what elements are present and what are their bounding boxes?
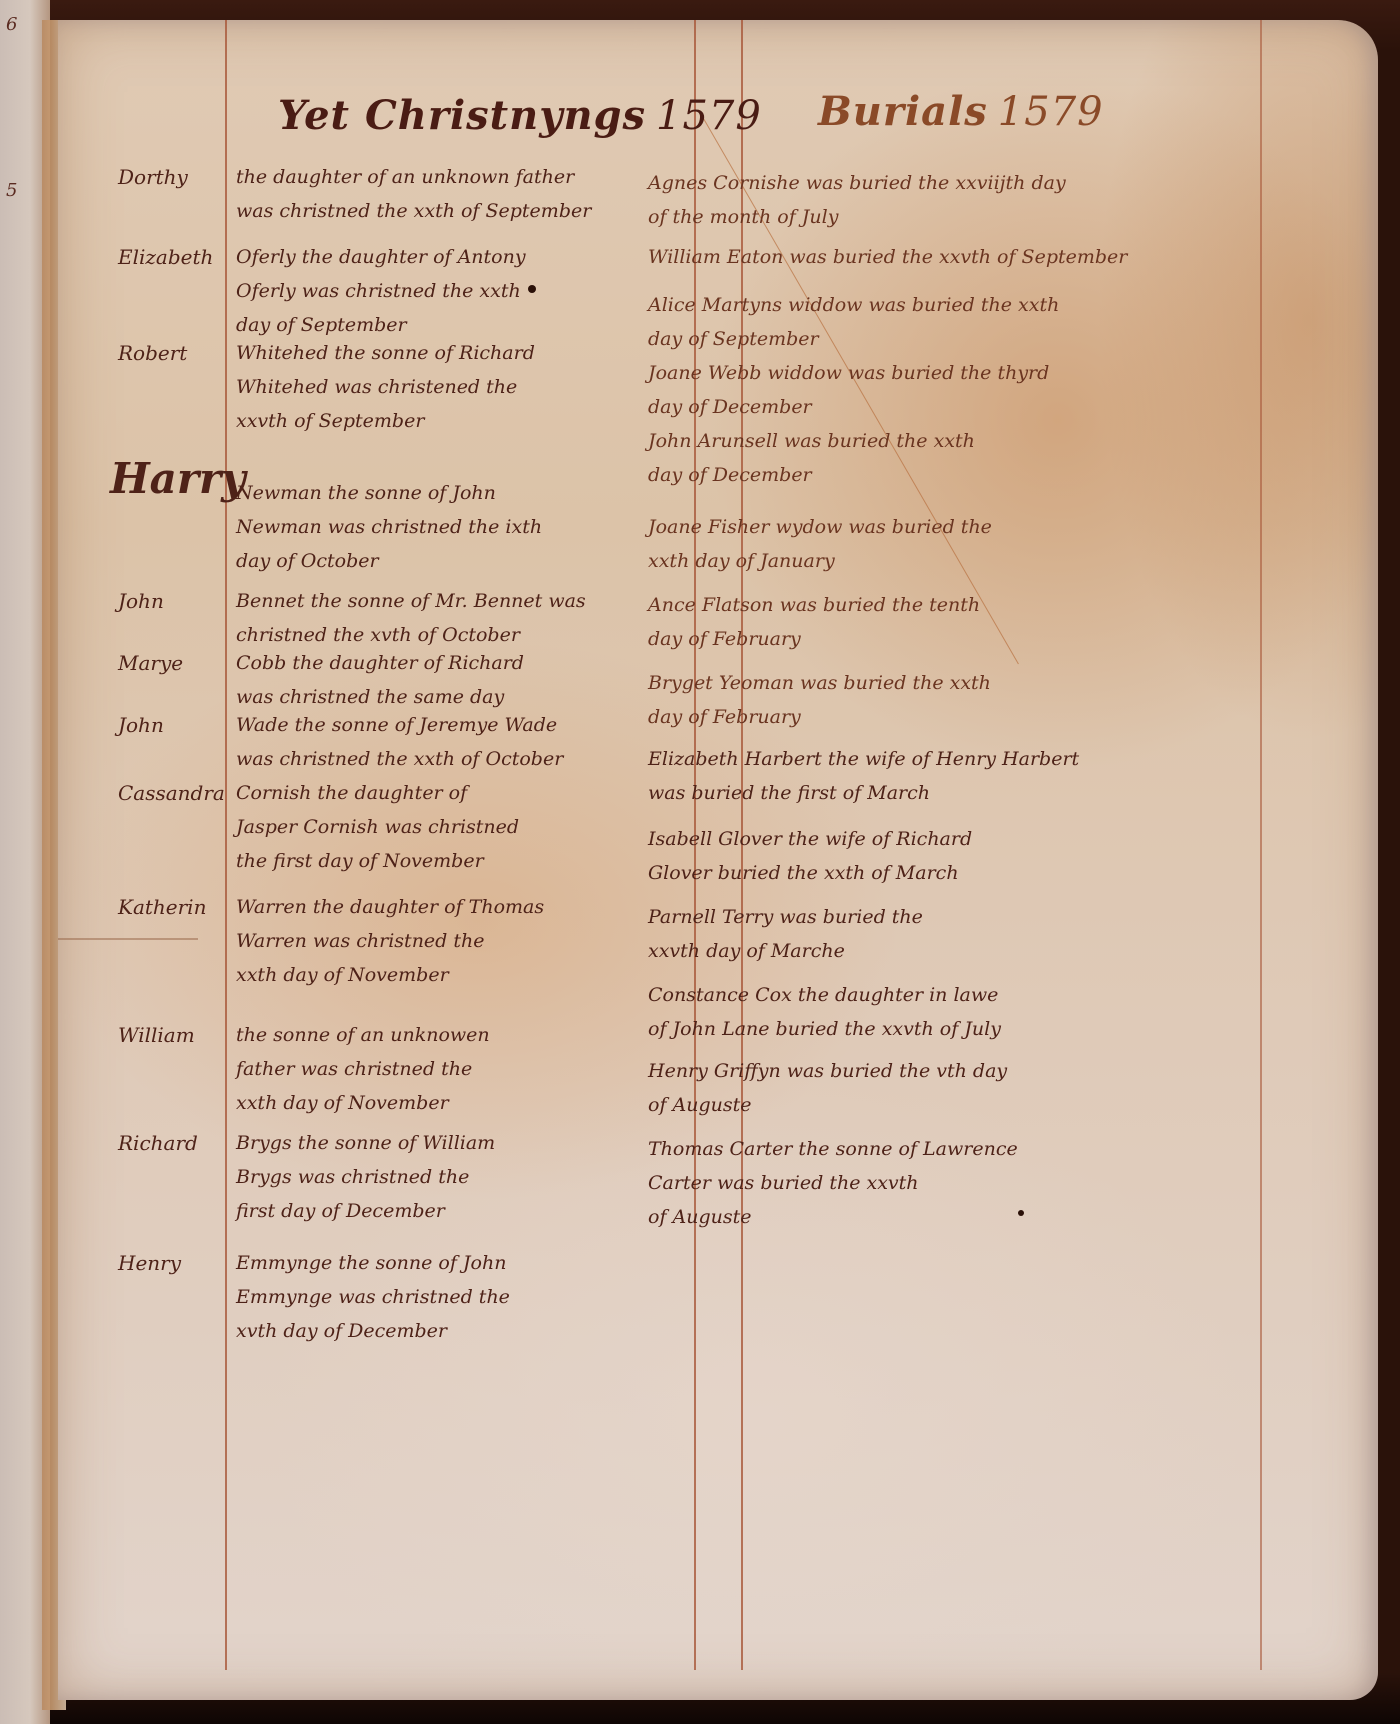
ink-blot: [1018, 1210, 1024, 1216]
given-name: Henry: [118, 1246, 218, 1280]
christenings-heading: Yet Christnyngs1579: [278, 92, 762, 139]
heading-year: 1579: [656, 93, 762, 139]
entry-text: Oferly the daughter of Antony Oferly was…: [236, 240, 676, 342]
given-name: John: [118, 708, 218, 742]
given-name: Robert: [118, 336, 218, 370]
entry-text: Cornish the daughter of Jasper Cornish w…: [236, 776, 676, 878]
entry-text: John Arunsell was buried the xxth day of…: [648, 424, 1168, 492]
heading-prefix: Yet: [278, 92, 350, 139]
entry-text: Bryget Yeoman was buried the xxth day of…: [648, 666, 1168, 734]
entry-text: Henry Griffyn was buried the vth day of …: [648, 1054, 1168, 1122]
given-name: Katherin: [118, 890, 218, 924]
entry-text: Bennet the sonne of Mr. Bennet was chris…: [236, 584, 676, 652]
entry-text: Warren the daughter of Thomas Warren was…: [236, 890, 676, 992]
given-name: John: [118, 584, 218, 618]
entry-text: the sonne of an unknowen father was chri…: [236, 1018, 676, 1120]
given-name: Dorthy: [118, 160, 218, 194]
entry-text: Thomas Carter the sonne of Lawrence Cart…: [648, 1132, 1168, 1234]
entry-text: Emmynge the sonne of John Emmynge was ch…: [236, 1246, 676, 1348]
entry-text: Constance Cox the daughter in lawe of Jo…: [648, 978, 1168, 1046]
entry-text: the daughter of an unknown father was ch…: [236, 160, 676, 228]
entry-text: Whitehed the sonne of Richard Whitehed w…: [236, 336, 676, 438]
entry-text: Newman the sonne of John Newman was chri…: [236, 476, 676, 578]
entry-text: Brygs the sonne of William Brygs was chr…: [236, 1126, 676, 1228]
entry-text: Isabell Glover the wife of Richard Glove…: [648, 822, 1168, 890]
given-name: Harry: [110, 462, 210, 496]
entry-text: Wade the sonne of Jeremye Wade was chris…: [236, 708, 676, 776]
manuscript-page: Yet Christnyngs1579 Burials1579 Dorthyth…: [58, 20, 1378, 1700]
heading-title: Burials: [818, 88, 988, 135]
entry-text: Ance Flatson was buried the tenth day of…: [648, 588, 1168, 656]
fold-crease: [58, 938, 198, 940]
ink-blot: [528, 285, 536, 293]
burials-heading: Burials1579: [818, 88, 1104, 135]
ruled-line-margin: [225, 20, 227, 1670]
entry-text: Elizabeth Harbert the wife of Henry Harb…: [648, 742, 1168, 810]
heading-title: Christnyngs: [365, 92, 646, 139]
leaf-mark: 6: [6, 14, 17, 35]
given-name: William: [118, 1018, 218, 1052]
heading-year: 1579: [998, 89, 1104, 135]
given-name: Cassandra: [118, 776, 218, 810]
entry-text: William Eaton was buried the xxvth of Se…: [648, 240, 1168, 274]
entry-text: Parnell Terry was buried the xxvth day o…: [648, 900, 1168, 968]
ruled-line-right: [1260, 20, 1262, 1670]
given-name: Elizabeth: [118, 240, 218, 274]
entry-text: Agnes Cornishe was buried the xxviijth d…: [648, 166, 1168, 234]
given-name: Marye: [118, 646, 218, 680]
entry-text: Cobb the daughter of Richard was christn…: [236, 646, 676, 714]
leaf-mark: 5: [6, 180, 17, 201]
given-name: Richard: [118, 1126, 218, 1160]
entry-text: Joane Webb widdow was buried the thyrd d…: [648, 356, 1168, 424]
entry-text: Alice Martyns widdow was buried the xxth…: [648, 288, 1168, 356]
entry-text: Joane Fisher wydow was buried the xxth d…: [648, 510, 1168, 578]
